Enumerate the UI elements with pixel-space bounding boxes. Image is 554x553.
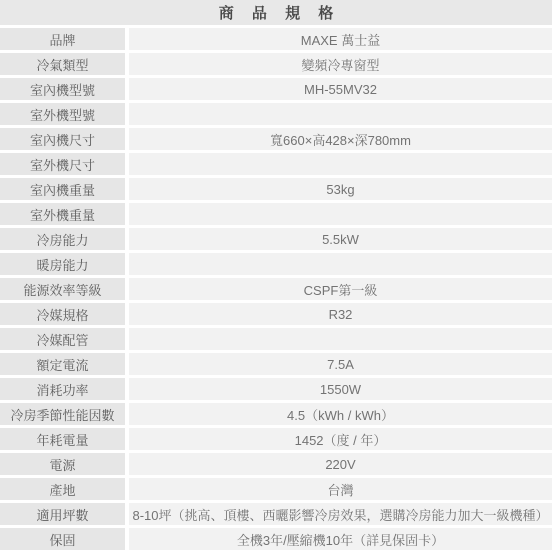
spec-label: 冷媒規格 [0,303,125,325]
spec-label: 品牌 [0,28,125,50]
spec-label: 室外機型號 [0,103,125,125]
spec-label: 室外機尺寸 [0,153,125,175]
spec-value: 7.5A [129,353,552,375]
spec-label: 室內機重量 [0,178,125,200]
spec-row: 電源220V [0,453,552,475]
spec-row: 冷媒配管 [0,328,552,350]
spec-value: 5.5kW [129,228,552,250]
spec-label: 年耗電量 [0,428,125,450]
spec-row: 適用坪數8-10坪（挑高、頂樓、西曬影響冷房效果，選購冷房能力加大一級機種） [0,503,552,525]
spec-value: MH-55MV32 [129,78,552,100]
spec-value [129,103,552,125]
spec-row: 室外機重量 [0,203,552,225]
spec-value: 全機3年/壓縮機10年（詳見保固卡） [129,528,552,550]
spec-value [129,203,552,225]
spec-label: 保固 [0,528,125,550]
spec-row: 室內機型號MH-55MV32 [0,78,552,100]
spec-value: CSPF第一級 [129,278,552,300]
spec-row: 產地台灣 [0,478,552,500]
spec-row: 年耗電量1452（度 / 年） [0,428,552,450]
spec-row: 額定電流7.5A [0,353,552,375]
spec-value: 寬660×高428×深780mm [129,128,552,150]
spec-label: 適用坪數 [0,503,125,525]
spec-label: 額定電流 [0,353,125,375]
spec-label: 暖房能力 [0,253,125,275]
spec-value: 220V [129,453,552,475]
spec-row: 冷氣類型變頻冷專窗型 [0,53,552,75]
spec-label: 冷氣類型 [0,53,125,75]
table-title: 商 品 規 格 [0,0,552,25]
spec-row: 室外機型號 [0,103,552,125]
spec-value [129,253,552,275]
spec-row: 保固全機3年/壓縮機10年（詳見保固卡） [0,528,552,550]
spec-value: 8-10坪（挑高、頂樓、西曬影響冷房效果，選購冷房能力加大一級機種） [129,503,552,525]
spec-row: 冷媒規格R32 [0,303,552,325]
spec-row: 冷房季節性能因數4.5（kWh / kWh） [0,403,552,425]
spec-row: 室內機尺寸寬660×高428×深780mm [0,128,552,150]
spec-label: 電源 [0,453,125,475]
spec-label: 冷媒配管 [0,328,125,350]
spec-value: 1452（度 / 年） [129,428,552,450]
spec-value [129,328,552,350]
spec-label: 室內機尺寸 [0,128,125,150]
spec-label: 能源效率等級 [0,278,125,300]
spec-row: 冷房能力5.5kW [0,228,552,250]
spec-row: 能源效率等級CSPF第一級 [0,278,552,300]
spec-value: 變頻冷專窗型 [129,53,552,75]
spec-row: 品牌MAXE 萬士益 [0,28,552,50]
spec-value: MAXE 萬士益 [129,28,552,50]
spec-value: 台灣 [129,478,552,500]
spec-row: 室外機尺寸 [0,153,552,175]
spec-row: 消耗功率1550W [0,378,552,400]
spec-value: 1550W [129,378,552,400]
spec-label: 室外機重量 [0,203,125,225]
spec-row: 暖房能力 [0,253,552,275]
spec-label: 室內機型號 [0,78,125,100]
spec-label: 產地 [0,478,125,500]
spec-value: 4.5（kWh / kWh） [129,403,552,425]
spec-label: 消耗功率 [0,378,125,400]
spec-row: 室內機重量53kg [0,178,552,200]
spec-value: 53kg [129,178,552,200]
spec-label: 冷房季節性能因數 [0,403,125,425]
product-spec-table: 商 品 規 格 品牌MAXE 萬士益冷氣類型變頻冷專窗型室內機型號MH-55MV… [0,0,554,553]
spec-label: 冷房能力 [0,228,125,250]
spec-value [129,153,552,175]
spec-rows: 品牌MAXE 萬士益冷氣類型變頻冷專窗型室內機型號MH-55MV32室外機型號室… [0,28,552,553]
spec-value: R32 [129,303,552,325]
